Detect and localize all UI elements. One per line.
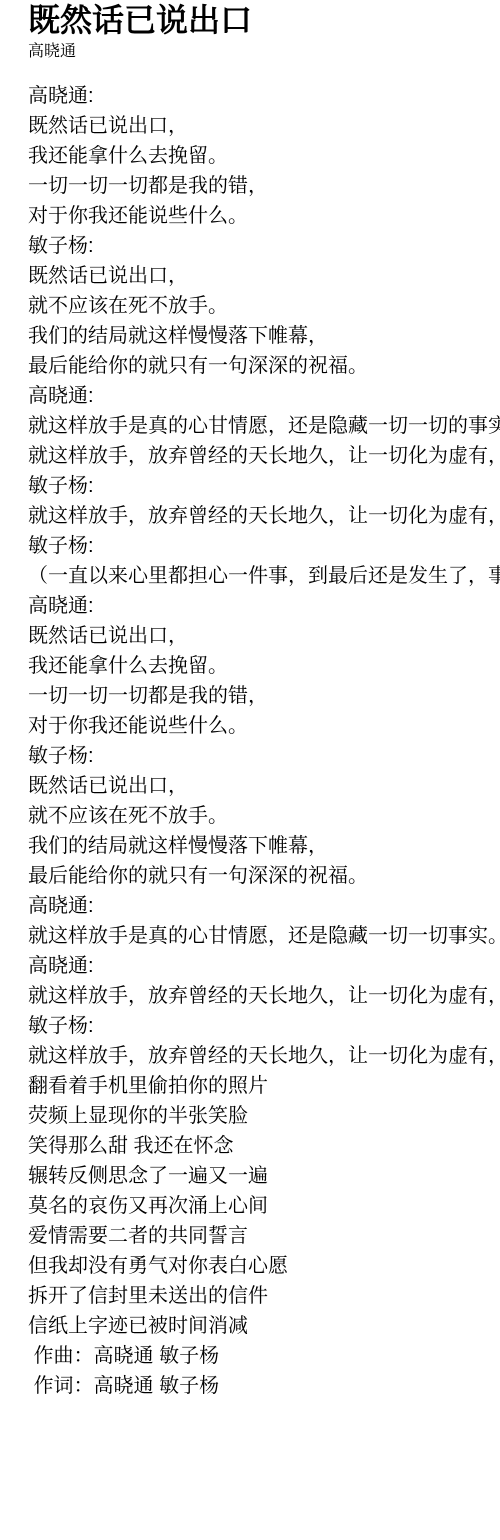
- lyric-line: 辗转反侧思念了一遍又一遍: [28, 1161, 500, 1191]
- song-title: 既然话已说出口: [28, 1, 500, 39]
- lyric-line: 荧频上显现你的半张笑脸: [28, 1101, 500, 1131]
- lyric-line: 我们的结局就这样慢慢落下帷幕，: [28, 321, 500, 351]
- lyric-line: 就这样放手是真的心甘情愿，还是隐藏一切一切的事实。: [28, 411, 500, 441]
- lyric-line: 最后能给你的就只有一句深深的祝福。: [28, 861, 500, 891]
- lyric-line: 我们的结局就这样慢慢落下帷幕，: [28, 831, 500, 861]
- lyric-line: 但我却没有勇气对你表白心愿: [28, 1251, 500, 1281]
- lyric-line: 敏子杨:: [28, 1011, 500, 1041]
- lyric-line: 翻看着手机里偷拍你的照片: [28, 1071, 500, 1101]
- lyric-line: 就不应该在死不放手。: [28, 801, 500, 831]
- lyric-line: 一切一切一切都是我的错，: [28, 681, 500, 711]
- lyrics-body: 高晓通:既然话已说出口，我还能拿什么去挽留。一切一切一切都是我的错，对于你我还能…: [28, 81, 500, 1401]
- lyrics-page: 既然话已说出口 高晓通 高晓通:既然话已说出口，我还能拿什么去挽留。一切一切一切…: [0, 0, 500, 1540]
- lyric-line: 对于你我还能说些什么。: [28, 201, 500, 231]
- lyric-line: 敏子杨:: [28, 531, 500, 561]
- lyric-line: 既然话已说出口，: [28, 621, 500, 651]
- lyric-line: 敏子杨:: [28, 741, 500, 771]
- lyric-line: 笑得那么甜 我还在怀念: [28, 1131, 500, 1161]
- lyric-line: 莫名的哀伤又再次涌上心间: [28, 1191, 500, 1221]
- lyric-line: 一切一切一切都是我的错，: [28, 171, 500, 201]
- lyric-line: （一直以来心里都担心一件事，到最后还是发生了，事: [28, 561, 500, 591]
- lyric-line: 就这样放手，放弃曾经的天长地久，让一切化为虚有，: [28, 1041, 500, 1071]
- lyric-line: 信纸上字迹已被时间消减: [28, 1311, 500, 1341]
- lyric-line: 就这样放手，放弃曾经的天长地久，让一切化为虚有，: [28, 441, 500, 471]
- lyric-line: 作曲：高晓通 敏子杨: [28, 1341, 500, 1371]
- lyric-line: 我还能拿什么去挽留。: [28, 141, 500, 171]
- lyric-line: 爱情需要二者的共同誓言: [28, 1221, 500, 1251]
- lyric-line: 对于你我还能说些什么。: [28, 711, 500, 741]
- lyric-line: 就这样放手，放弃曾经的天长地久，让一切化为虚有，: [28, 981, 500, 1011]
- lyric-line: 既然话已说出口，: [28, 261, 500, 291]
- lyric-line: 高晓通:: [28, 591, 500, 621]
- lyric-line: 高晓通:: [28, 81, 500, 111]
- lyric-line: 高晓通:: [28, 381, 500, 411]
- lyric-line: 作词：高晓通 敏子杨: [28, 1371, 500, 1401]
- lyric-line: 高晓通:: [28, 951, 500, 981]
- lyric-line: 敏子杨:: [28, 471, 500, 501]
- lyric-line: 就这样放手，放弃曾经的天长地久，让一切化为虚有，: [28, 501, 500, 531]
- lyric-line: 就这样放手是真的心甘情愿，还是隐藏一切一切事实。: [28, 921, 500, 951]
- lyric-line: 最后能给你的就只有一句深深的祝福。: [28, 351, 500, 381]
- lyric-line: 既然话已说出口，: [28, 111, 500, 141]
- lyric-line: 敏子杨:: [28, 231, 500, 261]
- artist-name: 高晓通: [28, 42, 500, 61]
- lyric-line: 就不应该在死不放手。: [28, 291, 500, 321]
- lyric-line: 拆开了信封里未送出的信件: [28, 1281, 500, 1311]
- lyric-line: 既然话已说出口，: [28, 771, 500, 801]
- lyric-line: 我还能拿什么去挽留。: [28, 651, 500, 681]
- lyric-line: 高晓通:: [28, 891, 500, 921]
